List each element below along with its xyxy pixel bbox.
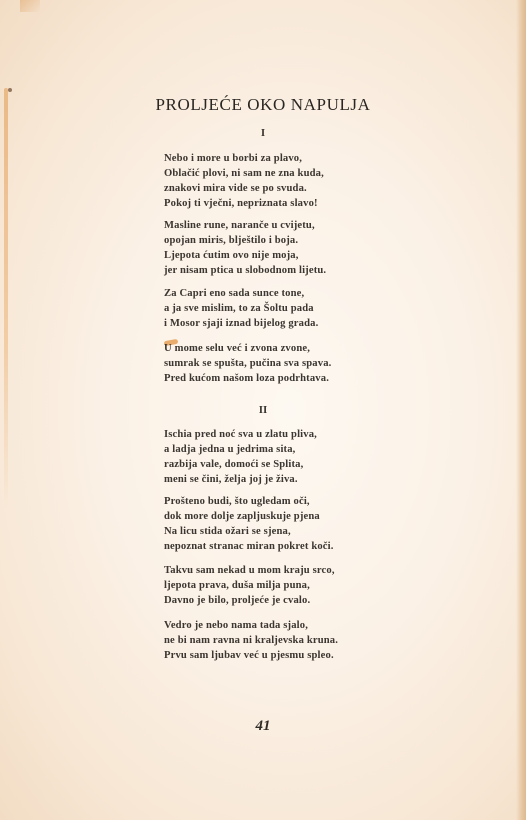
verse-line: Prošteno budi, što ugledam oči, — [164, 494, 334, 509]
verse-line: Vedro je nebo nama tada sjalo, — [164, 618, 338, 633]
page-number: 41 — [0, 718, 526, 735]
verse-line: Ljepota ćutim ovo nije moja, — [164, 248, 326, 263]
verse-line: Pokoj ti vječni, nepriznata slavo! — [164, 196, 324, 211]
verse-line: Prvu sam ljubav već u pjesmu spleo. — [164, 648, 338, 663]
verse-line: Na licu stida ožari se sjena, — [164, 524, 334, 539]
stanza-1-4: U mome selu već i zvona zvone, sumrak se… — [164, 341, 331, 386]
verse-line: nepoznat stranac miran pokret koči. — [164, 539, 334, 554]
verse-line: opojan miris, blještilo i boja. — [164, 233, 326, 248]
section-numeral-2: II — [0, 404, 526, 416]
stanza-2-2: Prošteno budi, što ugledam oči, dok more… — [164, 494, 334, 554]
page-fold-mark — [20, 0, 40, 12]
verse-line: U mome selu već i zvona zvone, — [164, 341, 331, 356]
verse-line: ne bi nam ravna ni kraljevska kruna. — [164, 633, 338, 648]
stanza-2-4: Vedro je nebo nama tada sjalo, ne bi nam… — [164, 618, 338, 663]
verse-line: i Mosor sjaji iznad bijelog grada. — [164, 316, 318, 331]
verse-line: Ischia pred noć sva u zlatu pliva, — [164, 427, 317, 442]
verse-line: Pred kućom našom loza podrhtava. — [164, 371, 331, 386]
verse-line: Za Capri eno sada sunce tone, — [164, 286, 318, 301]
stanza-1-2: Masline rune, naranče u cvijetu, opojan … — [164, 218, 326, 278]
verse-line: sumrak se spušta, pučina sva spava. — [164, 356, 331, 371]
page-speck — [8, 88, 12, 92]
verse-line: Oblačić plovi, ni sam ne zna kuda, — [164, 166, 324, 181]
verse-line: ljepota prava, duša milja puna, — [164, 578, 335, 593]
verse-line: meni se čini, želja joj je živa. — [164, 472, 317, 487]
book-page: PROLJEĆE OKO NAPULJA I Nebo i more u bor… — [0, 0, 526, 820]
verse-line: Takvu sam nekad u mom kraju srco, — [164, 563, 335, 578]
stanza-2-3: Takvu sam nekad u mom kraju srco, ljepot… — [164, 563, 335, 608]
stanza-2-1: Ischia pred noć sva u zlatu pliva, a lad… — [164, 427, 317, 487]
stanza-1-1: Nebo i more u borbi za plavo, Oblačić pl… — [164, 151, 324, 211]
verse-line: Masline rune, naranče u cvijetu, — [164, 218, 326, 233]
stanza-1-3: Za Capri eno sada sunce tone, a ja sve m… — [164, 286, 318, 331]
section-numeral-1: I — [0, 127, 526, 139]
verse-line: Nebo i more u borbi za plavo, — [164, 151, 324, 166]
verse-line: razbija vale, domoći se Splita, — [164, 457, 317, 472]
verse-line: Davno je bilo, proljeće je cvalo. — [164, 593, 335, 608]
verse-line: znakovi mira vide se po svuda. — [164, 181, 324, 196]
verse-line: jer nisam ptica u slobodnom lijetu. — [164, 263, 326, 278]
page-left-edge-stain — [4, 88, 8, 508]
verse-line: a ja sve mislim, to za Šoltu pada — [164, 301, 318, 316]
verse-line: dok more dolje zapljuskuje pjena — [164, 509, 334, 524]
poem-title: PROLJEĆE OKO NAPULJA — [0, 95, 526, 115]
verse-line: a ladja jedna u jedrima sita, — [164, 442, 317, 457]
